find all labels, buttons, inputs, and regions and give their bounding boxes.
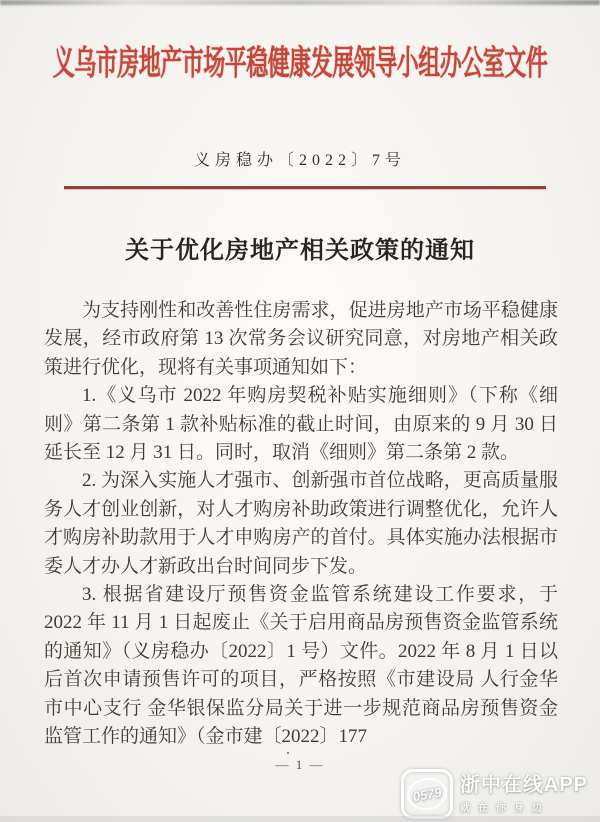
photo-top-shadow xyxy=(0,0,600,5)
app-slogan: 就在你身边 xyxy=(460,799,550,814)
paper-speck xyxy=(287,752,289,754)
document-number: 义房稳办〔2022〕7号 xyxy=(0,147,600,170)
paragraph-item-3: 3. 根据省建设厅预售资金监管系统建设工作要求，于 2022 年 11 月 1 … xyxy=(44,581,558,751)
paragraph-item-2: 2. 为深入实施人才强市、创新强市首位战略，更高质量服务人才创业创新，对人才购房… xyxy=(44,467,558,581)
photo-bottom-edge xyxy=(0,816,600,822)
document-body: 为支持刚性和改善性住房需求，促进房地产市场平稳健康发展，经市政府第 13 次常务… xyxy=(44,297,558,752)
app-logo-icon: 0579 xyxy=(401,769,453,819)
paragraph-item-1: 1.《义乌市 2022 年购房契税补贴实施细则》（下称《细则》第二条第 1 款补… xyxy=(44,382,558,467)
watermark-text-block: 浙中在线APP 就在你身边 xyxy=(460,774,588,814)
document-title: 关于优化房地产相关政策的通知 xyxy=(0,230,600,265)
document-photo: 义乌市房地产市场平稳健康发展领导小组办公室文件 义房稳办〔2022〕7号 关于优… xyxy=(0,0,600,822)
logo-oval-badge: 0579 xyxy=(404,775,449,813)
app-watermark: 0579 浙中在线APP 就在你身边 xyxy=(401,769,588,819)
red-divider-line xyxy=(64,186,546,189)
issuing-office-header: 义乌市房地产市场平稳健康发展领导小组办公室文件 xyxy=(0,37,600,85)
logo-number: 0579 xyxy=(411,784,442,804)
app-name: 浙中在线APP xyxy=(460,774,588,796)
paragraph-intro: 为支持刚性和改善性住房需求，促进房地产市场平稳健康发展，经市政府第 13 次常务… xyxy=(44,297,558,382)
